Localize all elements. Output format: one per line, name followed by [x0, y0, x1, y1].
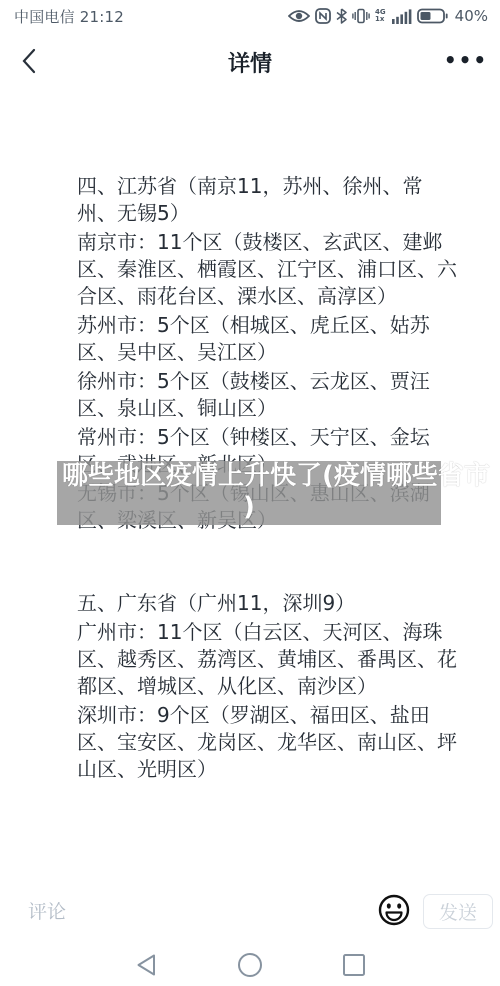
watermark-line2: ): [57, 492, 441, 523]
nav-home-icon[interactable]: [236, 951, 264, 979]
section-guangdong: 五、广东省（广州11，深圳9） 广州市：11个区（白云区、天河区、海珠区、越秀区…: [77, 590, 458, 783]
signal-bottom-label: 1x: [375, 16, 386, 23]
signal-bars-icon: [392, 9, 412, 24]
watermark-line1: 哪些地区疫情上升快了(疫情哪些省市: [57, 461, 441, 492]
nav-back-icon[interactable]: [132, 951, 160, 979]
send-button[interactable]: 发送: [423, 894, 493, 929]
battery-icon: [417, 8, 448, 24]
paragraph: 苏州市：5个区（相城区、虎丘区、姑苏区、吴中区、吴江区）: [77, 312, 458, 366]
carrier-and-time: 中国电信 21:12: [14, 6, 124, 27]
paragraph: 南京市：11个区（鼓楼区、玄武区、建邺区、秦淮区、栖霞区、江宁区、浦口区、六合区…: [77, 229, 458, 310]
status-icons: 4G 1x 40%: [288, 7, 488, 25]
paragraph: 四、江苏省（南京11，苏州、徐州、常州、无锡5）: [77, 173, 458, 227]
page-title: 详情: [0, 47, 500, 78]
vibrate-icon: [352, 8, 370, 24]
signal-mode-labels: 4G 1x: [375, 9, 386, 23]
android-nav-bar: [0, 944, 500, 986]
comment-bar: 发送: [0, 882, 500, 944]
nfc-icon: [315, 8, 331, 24]
status-bar: 中国电信 21:12: [0, 0, 500, 32]
battery-percent: 40%: [455, 7, 488, 25]
paragraph: 五、广东省（广州11，深圳9）: [77, 590, 458, 617]
emoji-icon[interactable]: [377, 893, 411, 927]
comment-input[interactable]: [28, 898, 358, 928]
watermark-banner: 哪些地区疫情上升快了(疫情哪些省市 ): [57, 461, 441, 525]
paragraph: 深圳市：9个区（罗湖区、福田区、盐田区、宝安区、龙岗区、龙华区、南山区、坪山区、…: [77, 702, 458, 783]
paragraph: 徐州市：5个区（鼓楼区、云龙区、贾汪区、泉山区、铜山区）: [77, 368, 458, 422]
nav-recents-icon[interactable]: [340, 951, 368, 979]
bluetooth-icon: [336, 8, 347, 24]
more-options-button[interactable]: •••: [446, 42, 486, 78]
nav-bar: 详情 •••: [0, 32, 500, 90]
paragraph: 广州市：11个区（白云区、天河区、海珠区、越秀区、荔湾区、黄埔区、番禺区、花都区…: [77, 619, 458, 700]
phone-screen: 中国电信 21:12: [0, 0, 500, 986]
eye-protection-icon: [288, 9, 310, 23]
